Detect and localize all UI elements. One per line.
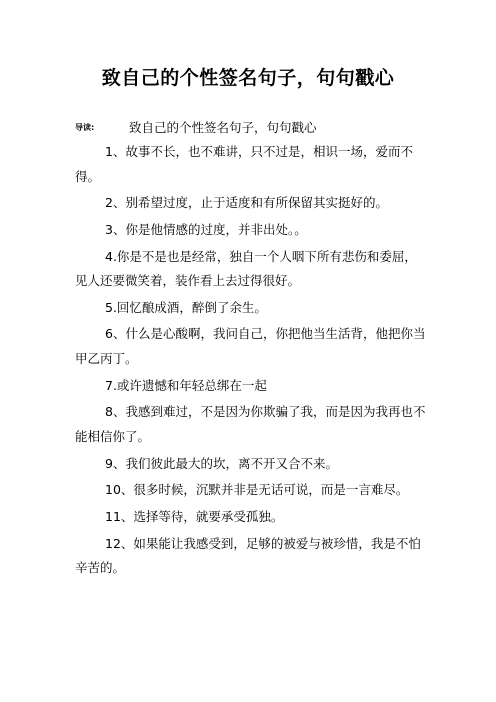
paragraph-6: 6、什么是心酸啊，我问自己，你把他当生活背，他把你当甲乙丙丁。 [75, 322, 427, 371]
paragraph-8: 8、我感到难过，不是因为你欺骗了我，而是因为我再也不能相信你了。 [75, 400, 427, 449]
paragraph-9: 9、我们彼此最大的坎，离不开又合不来。 [75, 452, 427, 477]
paragraph-7: 7.或许遗憾和年轻总绑在一起 [75, 374, 427, 399]
intro-text: 致自己的个性签名句子，句句戳心 [129, 118, 317, 138]
document-body: 1、故事不长，也不难讲，只不过是，相识一场，爱而不得。 2、别希望过度，止于适度… [75, 140, 427, 583]
paragraph-3: 3、你是他情感的过度，并非出处。。 [75, 218, 427, 243]
paragraph-10: 10、很多时候，沉默并非是无话可说，而是一言难尽。 [75, 478, 427, 503]
paragraph-4: 4.你是不是也是经常，独自一个人咽下所有悲伤和委屈，见人还要微笑着，装作看上去过… [75, 245, 427, 294]
paragraph-2: 2、别希望过度，止于适度和有所保留其实挺好的。 [75, 191, 427, 216]
intro-label: 导读: [75, 118, 94, 138]
intro-row: 导读: 致自己的个性签名句子，句句戳心 [75, 118, 435, 138]
paragraph-12: 12、如果能让我感受到，足够的被爱与被珍惜，我是不怕辛苦的。 [75, 532, 427, 581]
document-title: 致自己的个性签名句子，句句戳心 [0, 66, 496, 90]
document-page: 致自己的个性签名句子，句句戳心 导读: 致自己的个性签名句子，句句戳心 1、故事… [0, 0, 496, 702]
paragraph-5: 5.回忆酿成酒，醉倒了余生。 [75, 296, 427, 321]
paragraph-11: 11、选择等待，就要承受孤独。 [75, 505, 427, 530]
paragraph-1: 1、故事不长，也不难讲，只不过是，相识一场，爱而不得。 [75, 140, 427, 189]
